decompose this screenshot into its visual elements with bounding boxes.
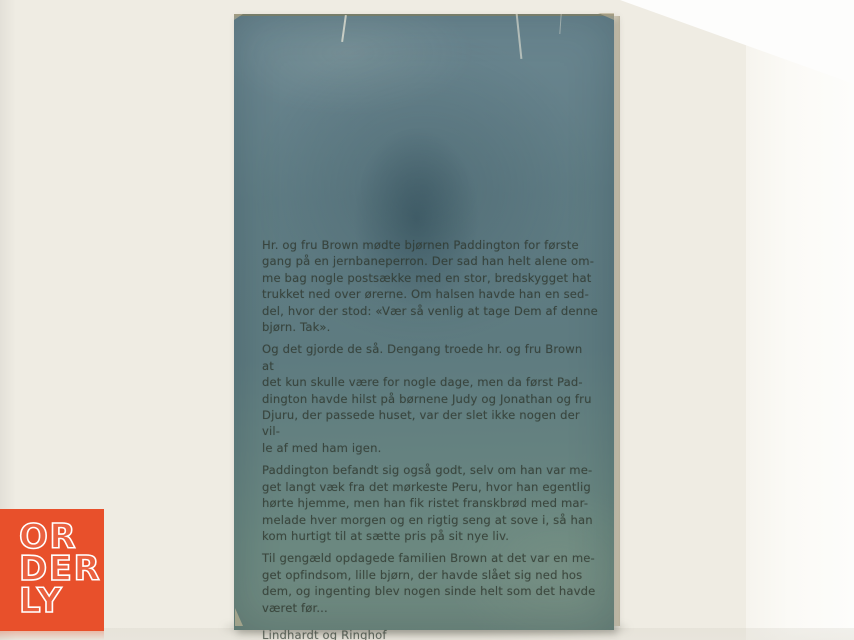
- orderly-watermark: OR DER LY: [0, 509, 104, 631]
- cover-blurb: Hr. og fru Brown mødte bjørnen Paddingto…: [262, 237, 598, 640]
- cover-paragraph-2: Og det gjorde de så. Dengang troede hr. …: [262, 341, 598, 456]
- product-photo: Hr. og fru Brown mødte bjørnen Paddingto…: [0, 0, 854, 640]
- backdrop-corner-highlight: [620, 0, 854, 84]
- cover-paragraph-3: Paddington befandt sig også godt, selv o…: [262, 462, 598, 544]
- cover-paragraph-4: Til gengæld opdagede familien Brown at d…: [262, 550, 598, 616]
- book-page-edges: [614, 16, 620, 626]
- publisher-line: Lindhardt og Ringhof: [262, 627, 598, 640]
- watermark-text: OR DER LY: [19, 522, 104, 618]
- watermark-line-3: LY: [19, 586, 104, 618]
- backdrop-right-highlight: [746, 0, 854, 640]
- cover-paragraph-1: Hr. og fru Brown mødte bjørnen Paddingto…: [262, 237, 598, 335]
